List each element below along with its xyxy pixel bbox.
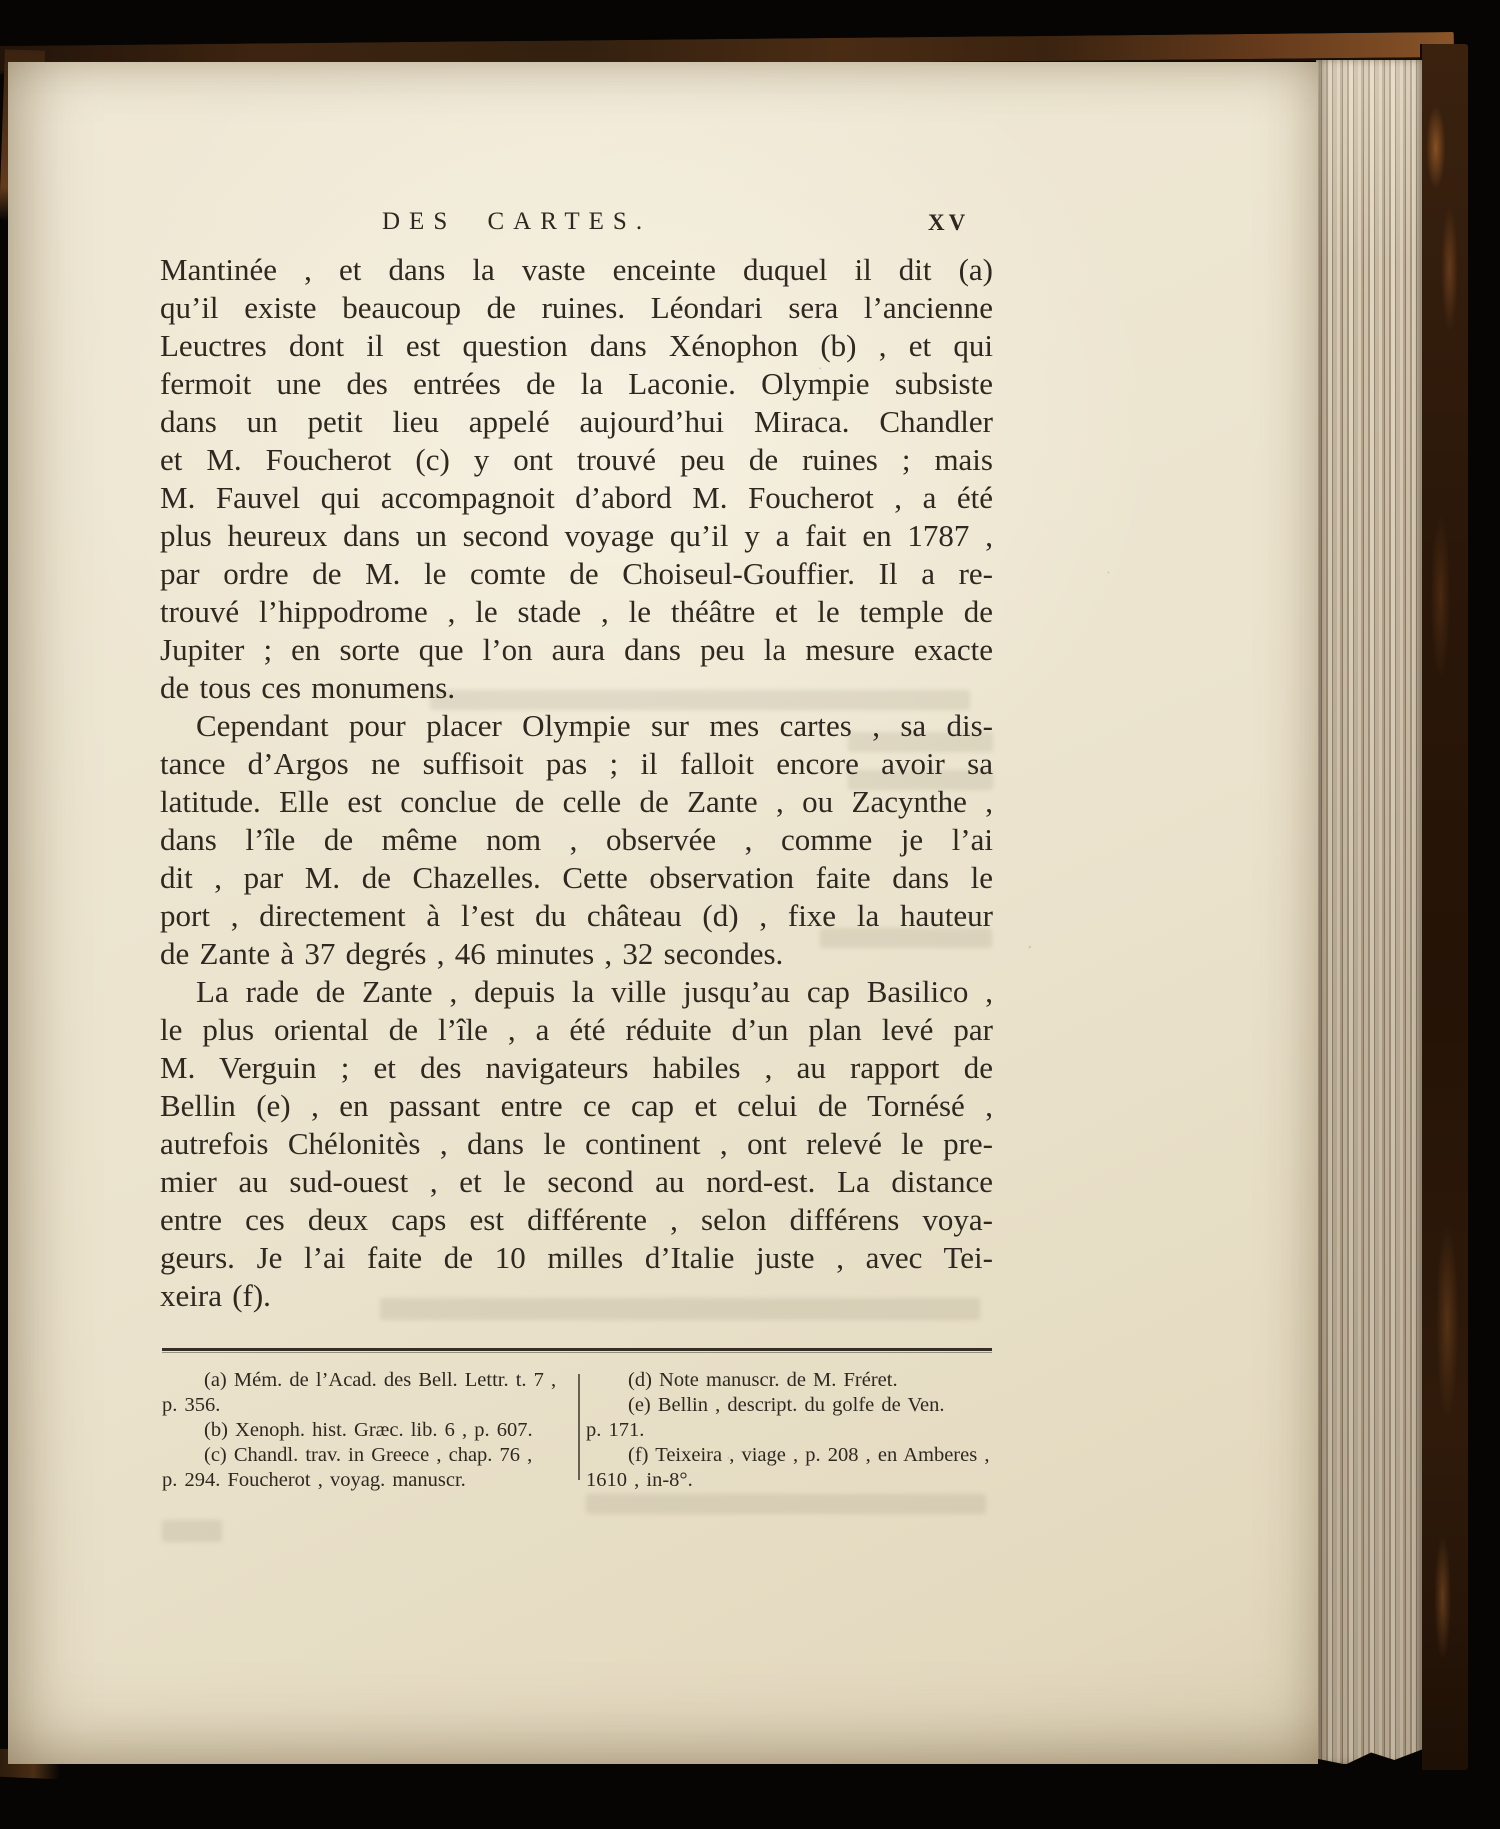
footnote-line: 1610 , in-8°. [586,1468,1010,1493]
footnote-line: (e) Bellin , descript. du golfe de Ven. [586,1393,1010,1418]
text-line: geurs. Je l’ai faite de 10 milles d’Ital… [160,1239,993,1277]
footnote-line: p. 294. Foucherot , voyag. manuscr. [162,1468,574,1493]
running-head: DES CARTES. [382,208,622,236]
text-line: trouvé l’hippodrome , le stade , le théâ… [160,593,993,631]
show-through-ghost [586,1494,986,1514]
show-through-ghost [162,1520,222,1542]
paragraph: Cependant pour placer Olympie sur mes ca… [160,707,993,973]
text-line: Bellin (e) , en passant entre ce cap et … [160,1087,993,1125]
text-line: autrefois Chélonitès , dans le continent… [160,1125,993,1163]
paragraph: Mantinée , et dans la vaste enceinte duq… [160,251,993,707]
text-line: tance d’Argos ne suffisoit pas ; il fall… [160,745,993,783]
text-line: M. Fauvel qui accompagnoit d’abord M. Fo… [160,479,993,517]
text-line: fermoit une des entrées de la Laconie. O… [160,365,993,403]
text-line: entre ces deux caps est différente , sel… [160,1201,993,1239]
text-line: dans l’île de même nom , observée , comm… [160,821,993,859]
page-number: XV [928,210,969,236]
footnote-rule [162,1348,992,1353]
text-line: et M. Foucherot (c) y ont trouvé peu de … [160,441,993,479]
book-photo: DES CARTES. XV Mantinée , et dans la vas… [0,0,1500,1829]
text-line: M. Verguin ; et des navigateurs habiles … [160,1049,993,1087]
text-line: Mantinée , et dans la vaste enceinte duq… [160,251,993,289]
footnote-line: (f) Teixeira , viage , p. 208 , en Amber… [586,1443,1010,1468]
text-line: de tous ces monumens. [160,669,993,707]
text-line: dans un petit lieu appelé aujourd’hui Mi… [160,403,993,441]
paragraph: La rade de Zante , depuis la ville jusqu… [160,973,993,1315]
text-line: xeira (f). [160,1277,993,1315]
footnote-line: p. 171. [586,1418,1010,1443]
footnote-line: (d) Note manuscr. de M. Fréret. [586,1368,1010,1393]
footnote-line: (b) Xenoph. hist. Græc. lib. 6 , p. 607. [162,1418,574,1443]
page-stack-step [1316,1742,1422,1772]
footnote-line: (c) Chandl. trav. in Greece , chap. 76 , [162,1443,574,1468]
footnotes-right-column: (d) Note manuscr. de M. Fréret. (e) Bell… [586,1368,1010,1493]
text-line: plus heureux dans un second voyage qu’il… [160,517,993,555]
page-fore-edge [1316,60,1422,1764]
text-line: latitude. Elle est conclue de celle de Z… [160,783,993,821]
footnotes-left-column: (a) Mém. de l’Acad. des Bell. Lettr. t. … [162,1368,574,1493]
text-line: port , directement à l’est du château (d… [160,897,993,935]
text-line: mier au sud-ouest , et le second au nord… [160,1163,993,1201]
text-line: le plus oriental de l’île , a été réduit… [160,1011,993,1049]
text-line: Jupiter ; en sorte que l’on aura dans pe… [160,631,993,669]
text-line: Leuctres dont il est question dans Xénop… [160,327,993,365]
text-line: par ordre de M. le comte de Choiseul-Gou… [160,555,993,593]
footnote-column-divider [578,1374,580,1480]
text-line: de Zante à 37 degrés , 46 minutes , 32 s… [160,935,993,973]
text-line: qu’il existe beaucoup de ruines. Léondar… [160,289,993,327]
footnote-line: p. 356. [162,1393,574,1418]
text-line: Cependant pour placer Olympie sur mes ca… [160,707,993,745]
text-line: La rade de Zante , depuis la ville jusqu… [160,973,993,1011]
footnote-line: (a) Mém. de l’Acad. des Bell. Lettr. t. … [162,1368,574,1393]
text-line: dit , par M. de Chazelles. Cette observa… [160,859,993,897]
book-cover-edge [1420,44,1468,1770]
body-text: Mantinée , et dans la vaste enceinte duq… [160,251,993,1315]
